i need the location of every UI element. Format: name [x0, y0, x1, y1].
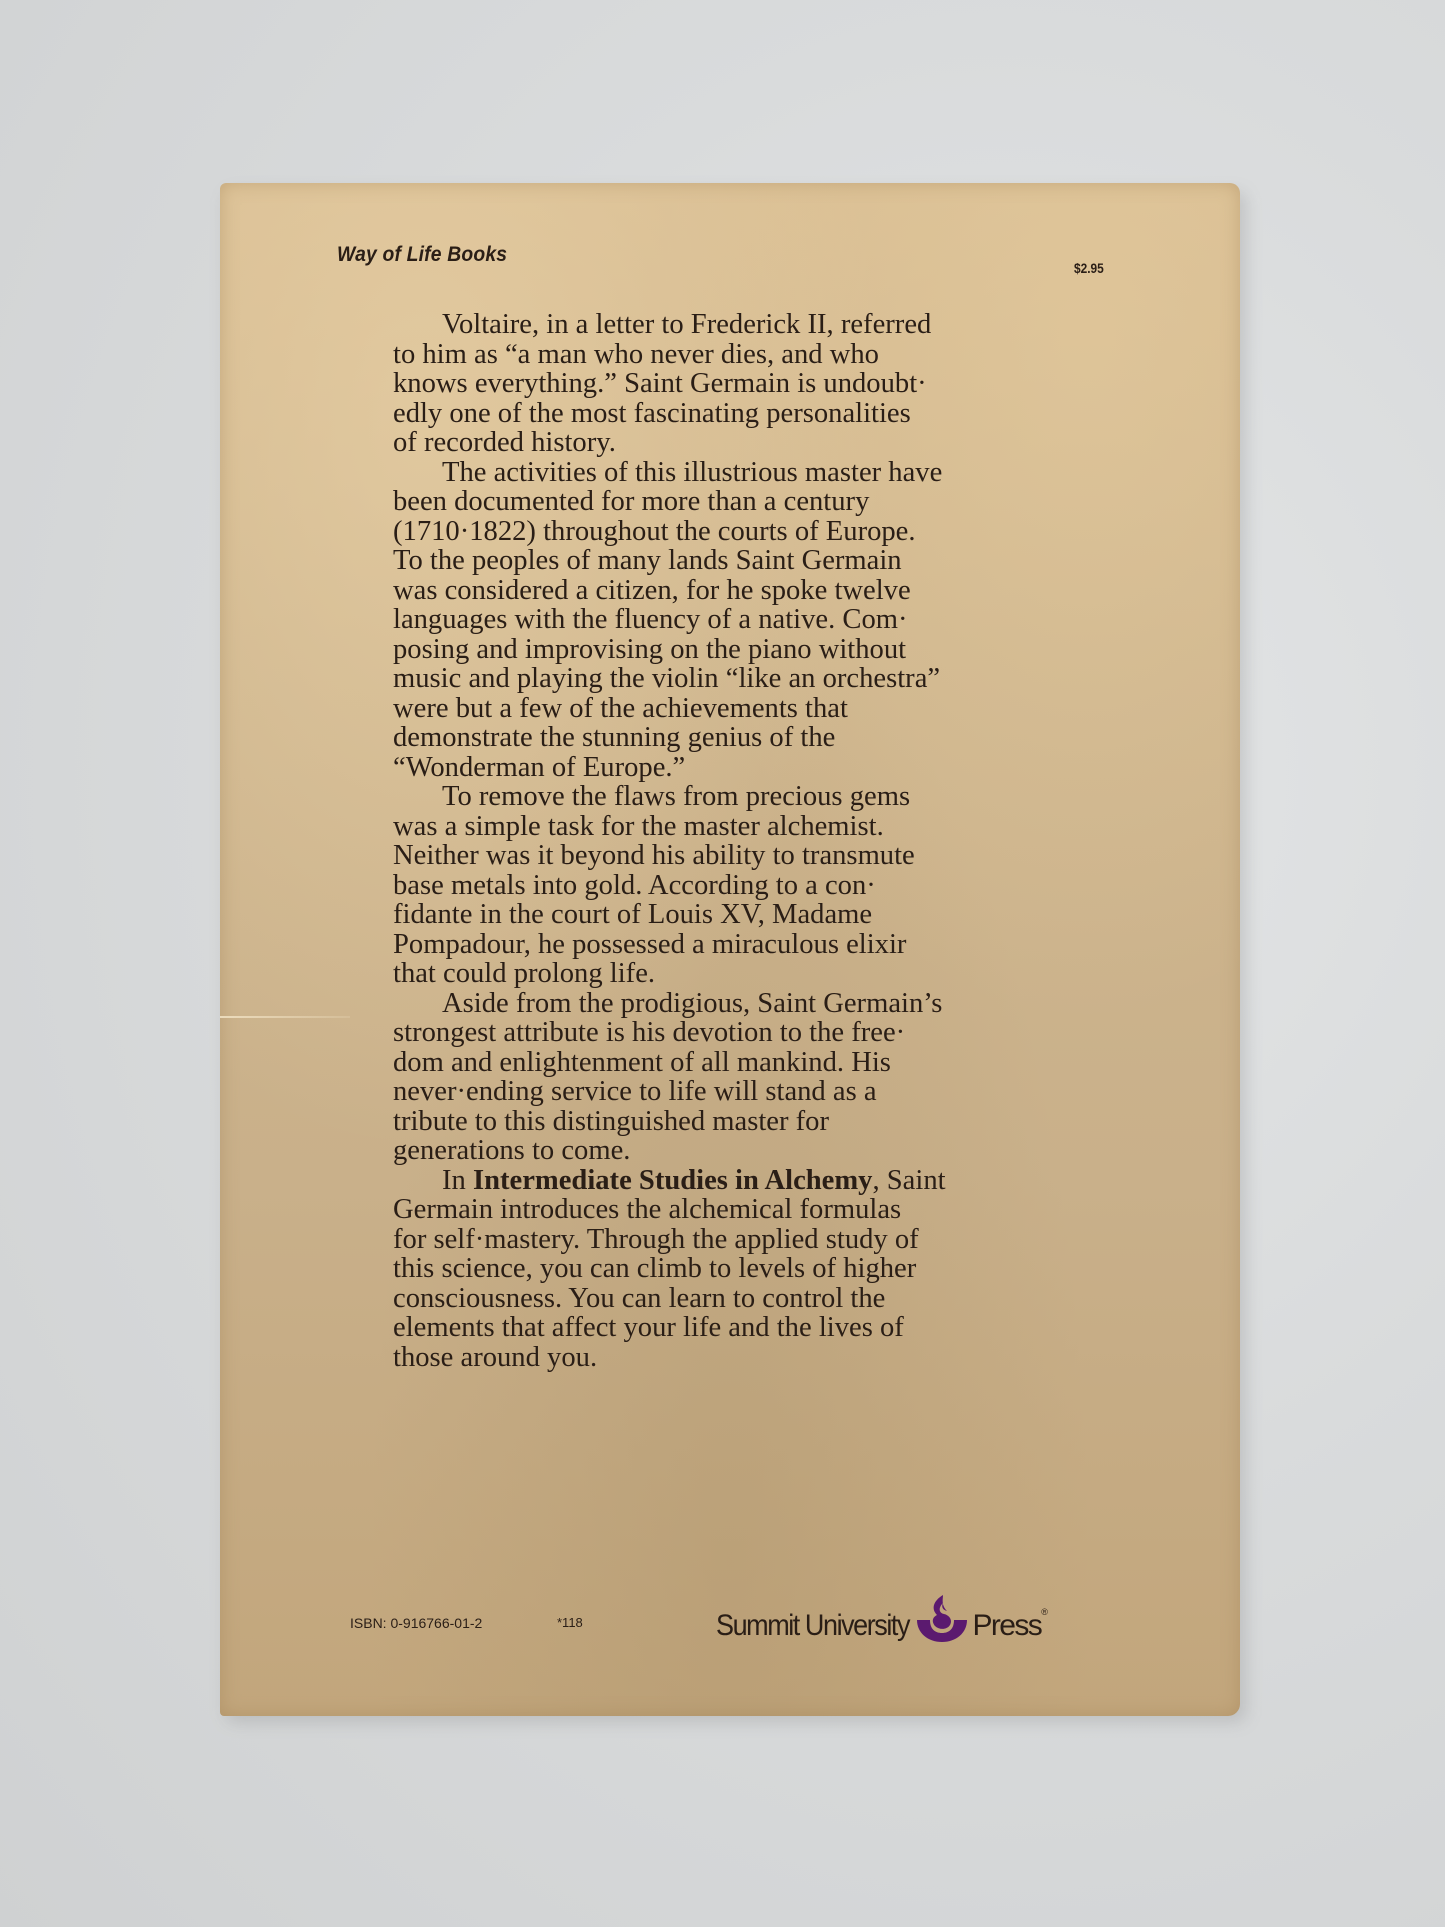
- text-line: (1710·1822) throughout the courts of Eur…: [393, 517, 1133, 547]
- text-line: were but a few of the achievements that: [393, 694, 1133, 724]
- product-code: *118: [557, 1615, 583, 1630]
- text-line: elements that affect your life and the l…: [393, 1313, 1133, 1343]
- text-line: music and playing the violin “like an or…: [393, 664, 1133, 694]
- price-label: $2.95: [1074, 260, 1104, 276]
- text-line: “Wonderman of Europe.”: [393, 753, 1133, 783]
- publisher-logo: Summit University Press ®: [716, 1593, 1048, 1643]
- text-line: that could prolong life.: [393, 959, 1133, 989]
- book-title: Intermediate Studies in Alchemy: [473, 1165, 873, 1196]
- text-span: In: [442, 1165, 473, 1196]
- publisher-press: Press: [973, 1609, 1042, 1643]
- text-line: was a simple task for the master alchemi…: [393, 812, 1133, 842]
- paragraph: Aside from the prodigious, Saint Germain…: [393, 989, 1133, 1166]
- text-line: Aside from the prodigious, Saint Germain…: [393, 989, 1133, 1019]
- text-line: posing and improvising on the piano with…: [393, 635, 1133, 665]
- paragraph: Voltaire, in a letter to Frederick II, r…: [393, 310, 1133, 458]
- text-line: base metals into gold. According to a co…: [393, 871, 1133, 901]
- text-line: In Intermediate Studies in Alchemy, Sain…: [393, 1166, 1133, 1196]
- text-line: To remove the flaws from precious gems: [393, 782, 1133, 812]
- text-line: been documented for more than a century: [393, 487, 1133, 517]
- text-line: for self·mastery. Through the applied st…: [393, 1225, 1133, 1255]
- text-line: dom and enlightenment of all mankind. Hi…: [393, 1048, 1133, 1078]
- paragraph: In Intermediate Studies in Alchemy, Sain…: [393, 1166, 1133, 1373]
- text-line: The activities of this illustrious maste…: [393, 458, 1133, 488]
- text-line: was considered a citizen, for he spoke t…: [393, 576, 1133, 606]
- publisher-name: Summit University: [716, 1609, 909, 1643]
- flame-bowl-logo-icon: [913, 1593, 971, 1643]
- text-span: , Saint: [872, 1165, 945, 1196]
- text-line: this science, you can climb to levels of…: [393, 1254, 1133, 1284]
- text-line: fidante in the court of Louis XV, Madame: [393, 900, 1133, 930]
- paragraph: To remove the flaws from precious gems w…: [393, 782, 1133, 989]
- paragraph: The activities of this illustrious maste…: [393, 458, 1133, 783]
- text-line: those around you.: [393, 1343, 1133, 1373]
- text-line: Neither was it beyond his ability to tra…: [393, 841, 1133, 871]
- text-line: To the peoples of many lands Saint Germa…: [393, 546, 1133, 576]
- blurb-text: Voltaire, in a letter to Frederick II, r…: [393, 310, 1133, 1372]
- cover-crease: [220, 1016, 350, 1018]
- registered-mark: ®: [1041, 1607, 1048, 1617]
- text-line: demonstrate the stunning genius of the: [393, 723, 1133, 753]
- text-line: to him as “a man who never dies, and who: [393, 340, 1133, 370]
- text-line: tribute to this distinguished master for: [393, 1107, 1133, 1137]
- text-line: of recorded history.: [393, 428, 1133, 458]
- text-line: consciousness. You can learn to control …: [393, 1284, 1133, 1314]
- text-line: languages with the fluency of a native. …: [393, 605, 1133, 635]
- text-line: Germain introduces the alchemical formul…: [393, 1195, 1133, 1225]
- text-line: never·ending service to life will stand …: [393, 1077, 1133, 1107]
- book-back-cover: Way of Life Books $2.95 Voltaire, in a l…: [220, 183, 1240, 1716]
- text-line: Pompadour, he possessed a miraculous eli…: [393, 930, 1133, 960]
- text-line: knows everything.” Saint Germain is undo…: [393, 369, 1133, 399]
- series-title: Way of Life Books: [337, 243, 507, 267]
- text-line: generations to come.: [393, 1136, 1133, 1166]
- isbn-label: ISBN: 0-916766-01-2: [350, 1615, 482, 1631]
- text-line: edly one of the most fascinating persona…: [393, 399, 1133, 429]
- text-line: strongest attribute is his devotion to t…: [393, 1018, 1133, 1048]
- text-line: Voltaire, in a letter to Frederick II, r…: [393, 310, 1133, 340]
